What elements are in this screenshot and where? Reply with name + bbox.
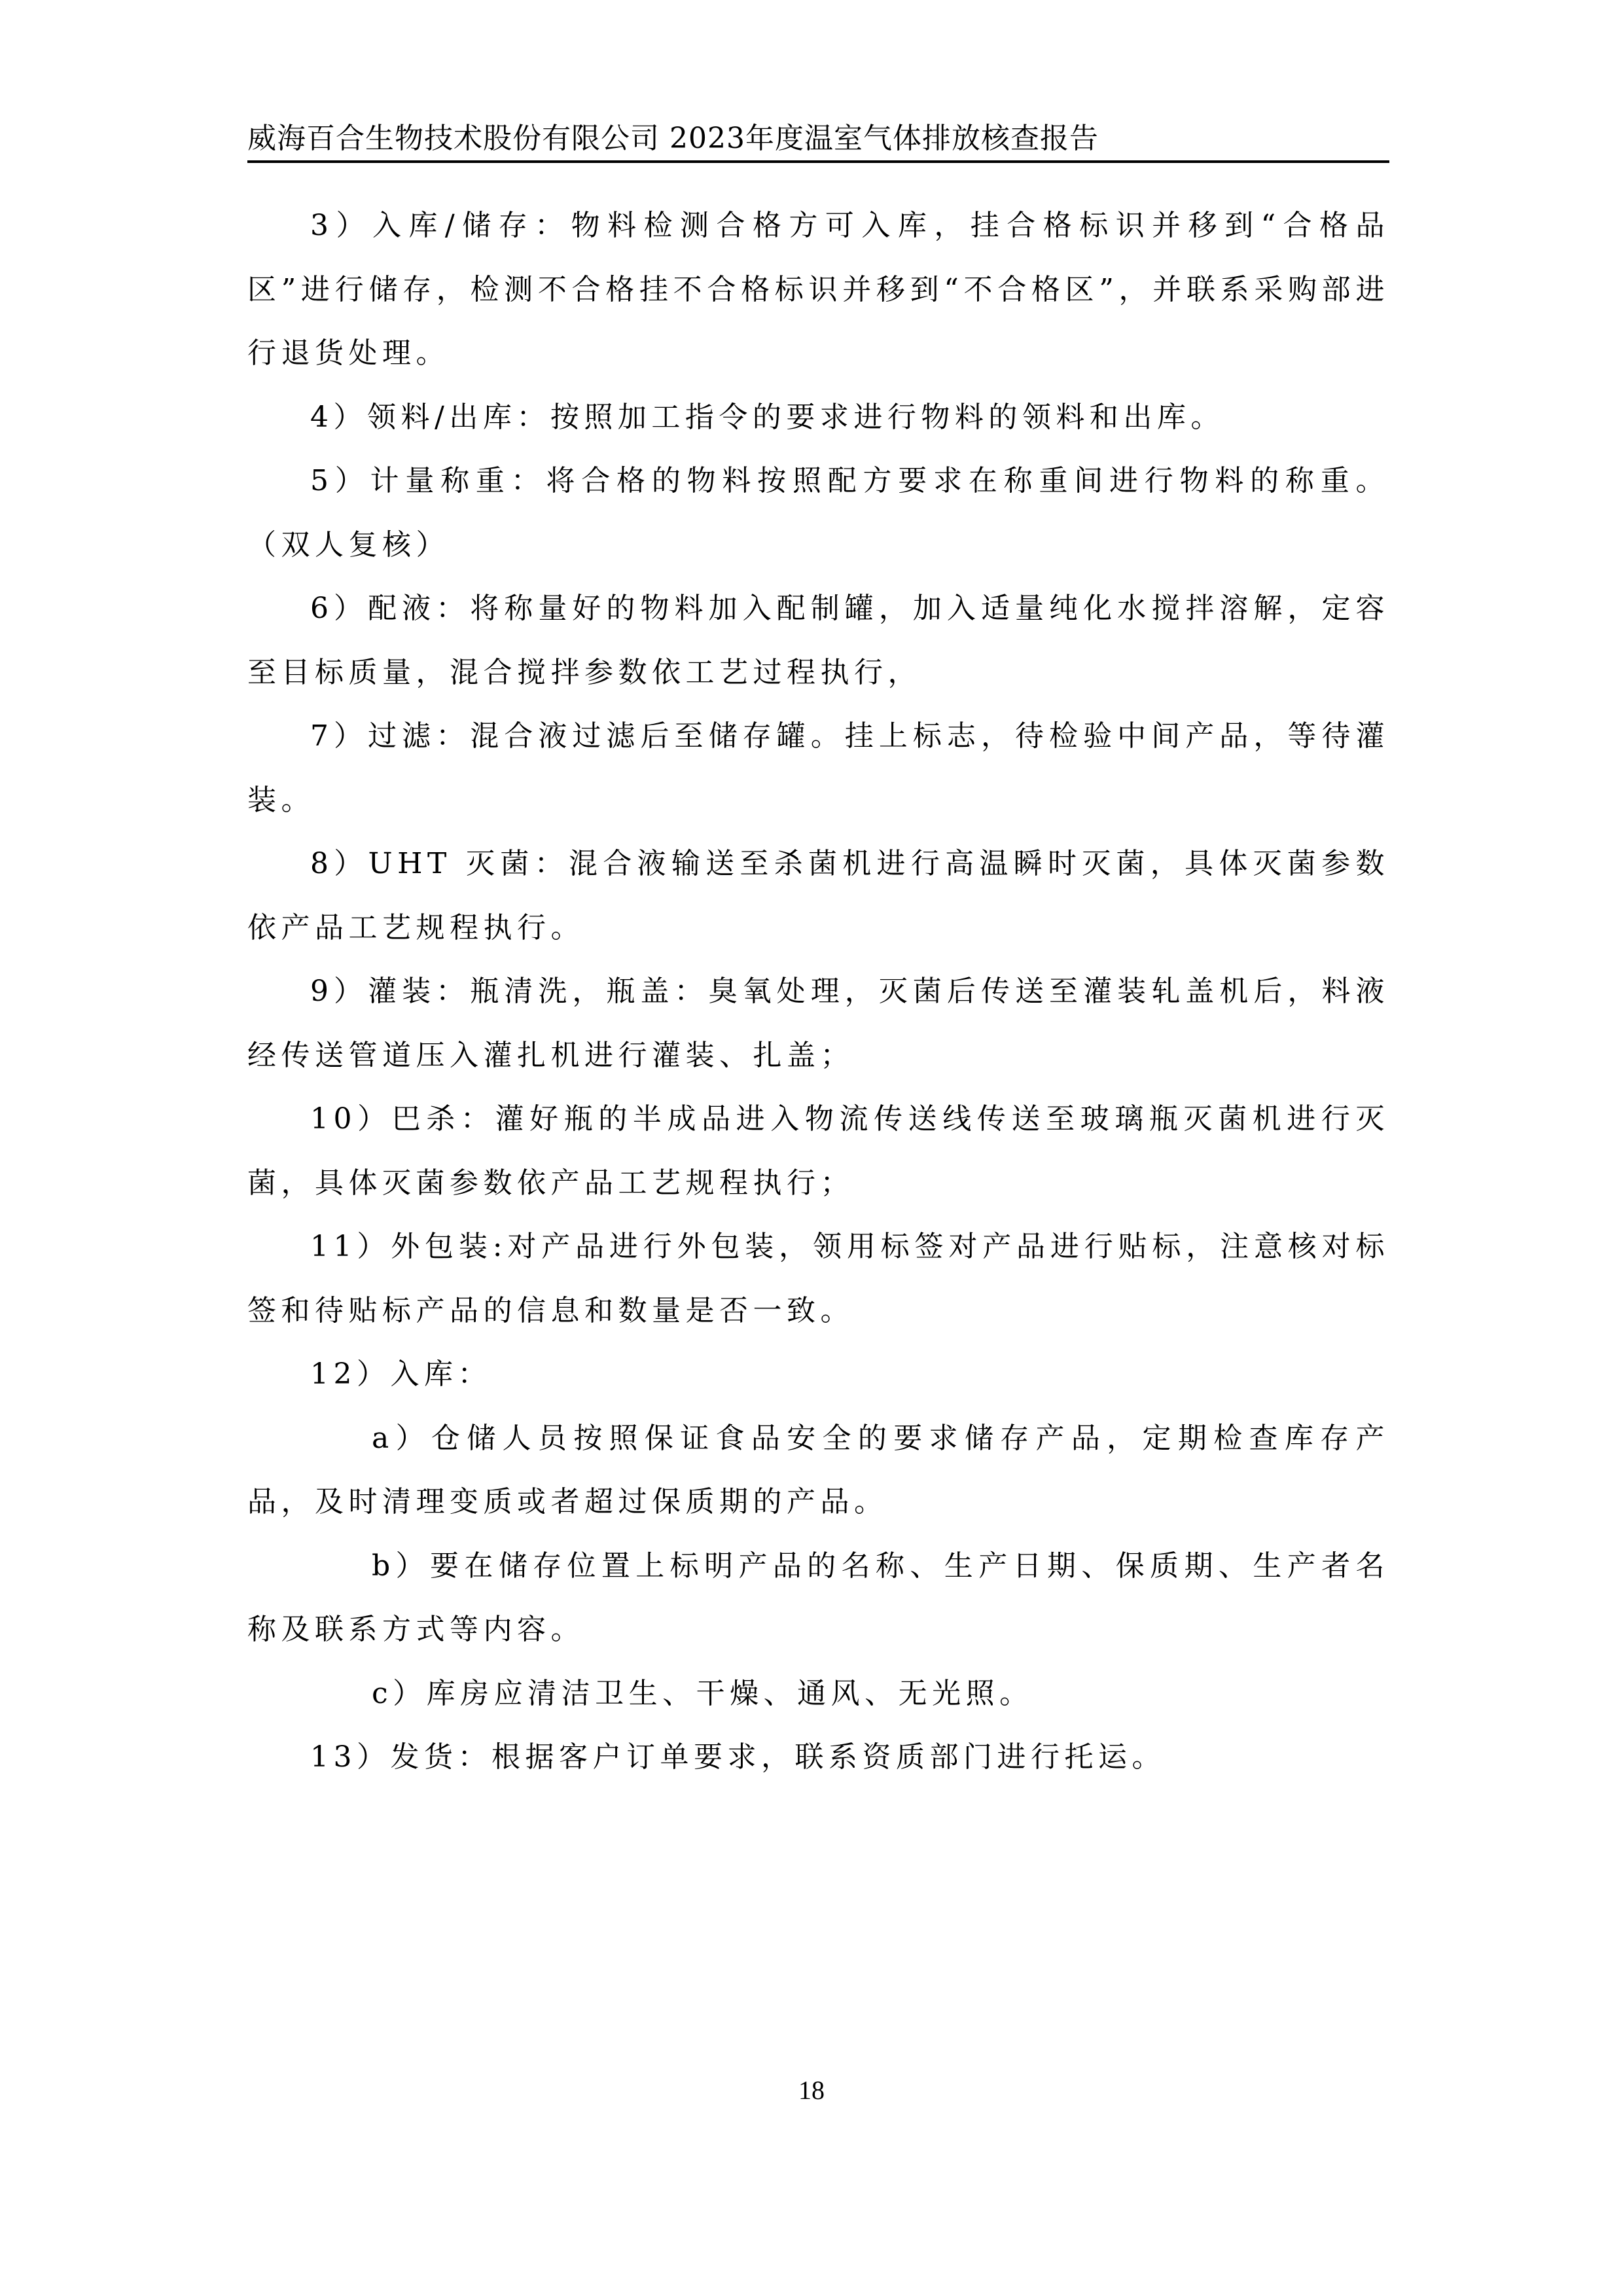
paragraph-step-4: 4）领料/出库：按照加工指令的要求进行物料的领料和出库。 [247,386,1389,450]
paragraph-step-3: 3）入库/储存：物料检测合格方可入库，挂合格标识并移到“合格品区”进行储存，检测… [247,194,1389,386]
paragraph-step-5: 5）计量称重：将合格的物料按照配方要求在称重间进行物料的称重。（双人复核） [247,449,1389,577]
paragraph-step-13: 13）发货：根据客户订单要求，联系资质部门进行托运。 [247,1725,1389,1789]
running-header: 威海百合生物技术股份有限公司 2023年度温室气体排放核查报告 [247,119,1389,158]
paragraph-step-12b: b）要在储存位置上标明产品的名称、生产日期、保质期、生产者名称及联系方式等内容。 [247,1534,1389,1662]
header-divider [247,160,1389,163]
paragraph-step-6: 6）配液：将称量好的物料加入配制罐，加入适量纯化水搅拌溶解，定容至目标质量，混合… [247,577,1389,704]
paragraph-step-8: 8）UHT 灭菌：混合液输送至杀菌机进行高温瞬时灭菌，具体灭菌参数依产品工艺规程… [247,832,1389,960]
paragraph-step-9: 9）灌装：瓶清洗，瓶盖：臭氧处理，灭菌后传送至灌装轧盖机后，料液经传送管道压入灌… [247,960,1389,1087]
paragraph-step-7: 7）过滤：混合液过滤后至储存罐。挂上标志，待检验中间产品，等待灌装。 [247,704,1389,832]
paragraph-step-10: 10）巴杀：灌好瓶的半成品进入物流传送线传送至玻璃瓶灭菌机进行灭菌，具体灭菌参数… [247,1087,1389,1215]
paragraph-step-11: 11）外包装:对产品进行外包装，领用标签对产品进行贴标，注意核对标签和待贴标产品… [247,1215,1389,1342]
paragraph-step-12a: a）仓储人员按照保证食品安全的要求储存产品，定期检查库存产品，及时清理变质或者超… [247,1407,1389,1534]
paragraph-step-12c: c）库房应清洁卫生、干燥、通风、无光照。 [247,1662,1389,1726]
document-body: 3）入库/储存：物料检测合格方可入库，挂合格标识并移到“合格品区”进行储存，检测… [247,194,1389,1789]
page-number: 18 [0,2075,1623,2106]
paragraph-step-12: 12）入库： [247,1342,1389,1407]
